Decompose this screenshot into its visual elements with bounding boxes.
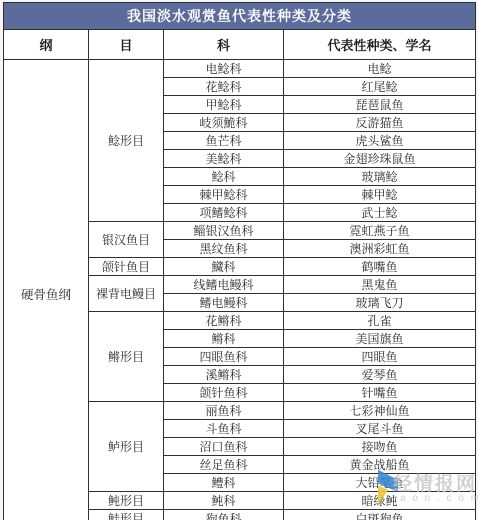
family-cell: 线鳍电鳗科	[164, 276, 284, 294]
species-cell: 反游猫鱼	[284, 114, 476, 132]
species-cell: 黑鬼鱼	[284, 276, 476, 294]
screenshot-root: 我国淡水观赏鱼代表性种类及分类 纲 目 科 代表性种类、学名 硬骨鱼纲鲶形目电鲶…	[0, 0, 478, 520]
family-cell: 颌针鱼科	[164, 384, 284, 402]
family-cell: 甲鲶科	[164, 96, 284, 114]
family-cell: 丽鱼科	[164, 402, 284, 420]
family-cell: 电鲶科	[164, 60, 284, 78]
family-cell: 斗鱼科	[164, 420, 284, 438]
species-cell: 暗绿鲀	[284, 492, 476, 510]
column-header-species: 代表性种类、学名	[284, 30, 476, 60]
species-cell: 大铅笔鱼	[284, 474, 476, 492]
title-row: 我国淡水观赏鱼代表性种类及分类	[4, 3, 476, 30]
species-cell: 针嘴鱼	[284, 384, 476, 402]
species-cell: 爱琴鱼	[284, 366, 476, 384]
species-cell: 鹤嘴鱼	[284, 258, 476, 276]
table-row: 硬骨鱼纲鲶形目电鲶科电鲶	[4, 60, 476, 78]
order-cell: 鳉形目	[89, 312, 164, 402]
family-cell: 沼口鱼科	[164, 438, 284, 456]
order-cell: 鲀形目	[89, 492, 164, 510]
species-cell: 玻璃鲶	[284, 168, 476, 186]
order-cell: 鲶形目	[89, 60, 164, 222]
species-cell: 叉尾斗鱼	[284, 420, 476, 438]
family-cell: 鱵科	[164, 258, 284, 276]
species-cell: 虎头鲨鱼	[284, 132, 476, 150]
family-cell: 鳉科	[164, 330, 284, 348]
family-cell: 丝足鱼科	[164, 456, 284, 474]
family-cell: 鳢科	[164, 474, 284, 492]
species-cell: 黄金战船鱼	[284, 456, 476, 474]
table-title: 我国淡水观赏鱼代表性种类及分类	[4, 3, 476, 30]
family-cell: 溪鳉科	[164, 366, 284, 384]
family-cell: 岐须鮠科	[164, 114, 284, 132]
species-cell: 棘甲鲶	[284, 186, 476, 204]
column-header-family: 科	[164, 30, 284, 60]
order-cell: 颌针鱼目	[89, 258, 164, 276]
family-cell: 黑纹鱼科	[164, 240, 284, 258]
order-cell: 鲈形目	[89, 402, 164, 492]
classification-table: 我国淡水观赏鱼代表性种类及分类 纲 目 科 代表性种类、学名 硬骨鱼纲鲶形目电鲶…	[3, 2, 476, 520]
species-cell: 澳洲彩虹鱼	[284, 240, 476, 258]
family-cell: 美鲶科	[164, 150, 284, 168]
family-cell: 四眼鱼科	[164, 348, 284, 366]
species-cell: 白斑狗鱼	[284, 510, 476, 520]
family-cell: 棘甲鲶科	[164, 186, 284, 204]
family-cell: 狗鱼科	[164, 510, 284, 520]
family-cell: 鳍电鳗科	[164, 294, 284, 312]
order-cell: 银汉鱼目	[89, 222, 164, 258]
order-cell: 鲑形目	[89, 510, 164, 520]
class-cell: 硬骨鱼纲	[4, 60, 89, 520]
species-cell: 四眼鱼	[284, 348, 476, 366]
family-cell: 鱼芒科	[164, 132, 284, 150]
species-cell: 金翅珍珠鼠鱼	[284, 150, 476, 168]
family-cell: 花鳉科	[164, 312, 284, 330]
species-cell: 美国旗鱼	[284, 330, 476, 348]
family-cell: 花鲶科	[164, 78, 284, 96]
column-header-order: 目	[89, 30, 164, 60]
family-cell: 鲶科	[164, 168, 284, 186]
order-cell: 裸背电鳗目	[89, 276, 164, 312]
species-cell: 玻璃飞刀	[284, 294, 476, 312]
species-cell: 接吻鱼	[284, 438, 476, 456]
species-cell: 琵琶鼠鱼	[284, 96, 476, 114]
column-header-class: 纲	[4, 30, 89, 60]
family-cell: 鲀科	[164, 492, 284, 510]
table-body: 硬骨鱼纲鲶形目电鲶科电鲶花鲶科红尾鲶甲鲶科琵琶鼠鱼岐须鮠科反游猫鱼鱼芒科虎头鲨鱼…	[4, 60, 476, 520]
header-row: 纲 目 科 代表性种类、学名	[4, 30, 476, 60]
species-cell: 红尾鲶	[284, 78, 476, 96]
family-cell: 项鳍鲶科	[164, 204, 284, 222]
species-cell: 电鲶	[284, 60, 476, 78]
species-cell: 孔雀	[284, 312, 476, 330]
species-cell: 武士鲶	[284, 204, 476, 222]
species-cell: 霓虹燕子鱼	[284, 222, 476, 240]
species-cell: 七彩神仙鱼	[284, 402, 476, 420]
family-cell: 鲻银汉鱼科	[164, 222, 284, 240]
